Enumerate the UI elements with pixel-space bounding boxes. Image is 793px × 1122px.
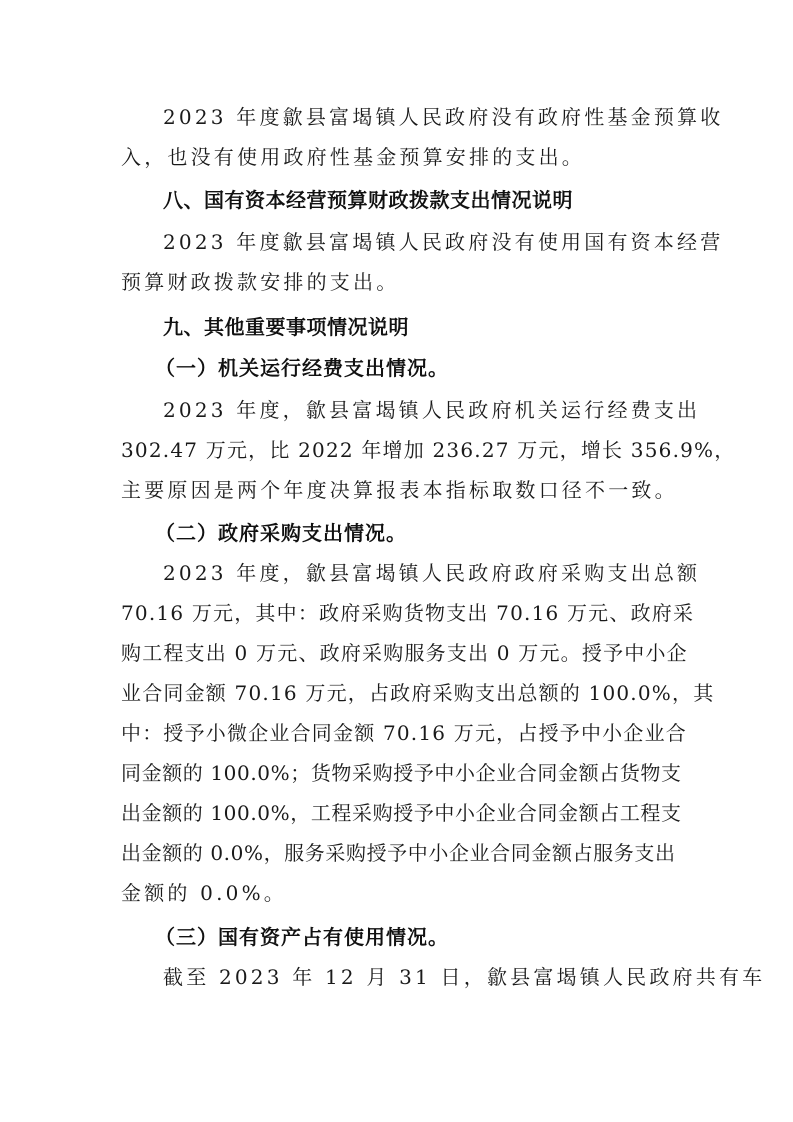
- body-text-line: 业合同金额 70.16 万元，占政府采购支出总额的 100.0%，其: [121, 680, 714, 706]
- section-heading: 八、国有资本经营预算财政拨款支出情况说明: [163, 187, 573, 213]
- body-text-line: 302.47 万元，比 2022 年增加 236.27 万元，增长 356.9%…: [121, 437, 735, 463]
- body-text-line: 2023 年度，歙县富堨镇人民政府政府采购支出总额: [163, 560, 700, 586]
- body-text-line: 2023 年度歙县富堨镇人民政府没有使用国有资本经营: [163, 229, 723, 255]
- body-text-line: 中：授予小微企业合同金额 70.16 万元，占授予中小企业合: [121, 720, 687, 746]
- body-text-line: 出金额的 100.0%，工程采购授予中小企业合同金额占工程支: [121, 800, 682, 826]
- body-text-line: 2023 年度，歙县富堨镇人民政府机关运行经费支出: [163, 397, 700, 423]
- body-text-line: 同金额的 100.0%；货物采购授予中小企业合同金额占货物支: [121, 760, 682, 786]
- body-text-line: 入，也没有使用政府性基金预算安排的支出。: [121, 144, 585, 170]
- body-text-line: 预算财政拨款安排的支出。: [121, 269, 399, 295]
- subsection-heading: （二）政府采购支出情况。: [155, 520, 407, 546]
- body-text-line: 70.16 万元，其中：政府采购货物支出 70.16 万元、政府采: [121, 600, 694, 626]
- body-text-line: 主要原因是两个年度决算报表本指标取数口径不一致。: [121, 477, 678, 503]
- body-text-line: 截至 2023 年 12 月 31 日，歙县富堨镇人民政府共有车: [163, 964, 765, 990]
- body-text-line: 金额的 0.0%。: [121, 880, 287, 906]
- subsection-heading: （一）机关运行经费支出情况。: [155, 355, 449, 381]
- subsection-heading: （三）国有资产占有使用情况。: [155, 924, 449, 950]
- body-text-line: 购工程支出 0 万元、政府采购服务支出 0 万元。授予中小企: [121, 640, 688, 666]
- body-text-line: 出金额的 0.0%，服务采购授予中小企业合同金额占服务支出: [121, 840, 676, 866]
- body-text-line: 2023 年度歙县富堨镇人民政府没有政府性基金预算收: [163, 104, 723, 130]
- section-heading: 九、其他重要事项情况说明: [163, 314, 409, 340]
